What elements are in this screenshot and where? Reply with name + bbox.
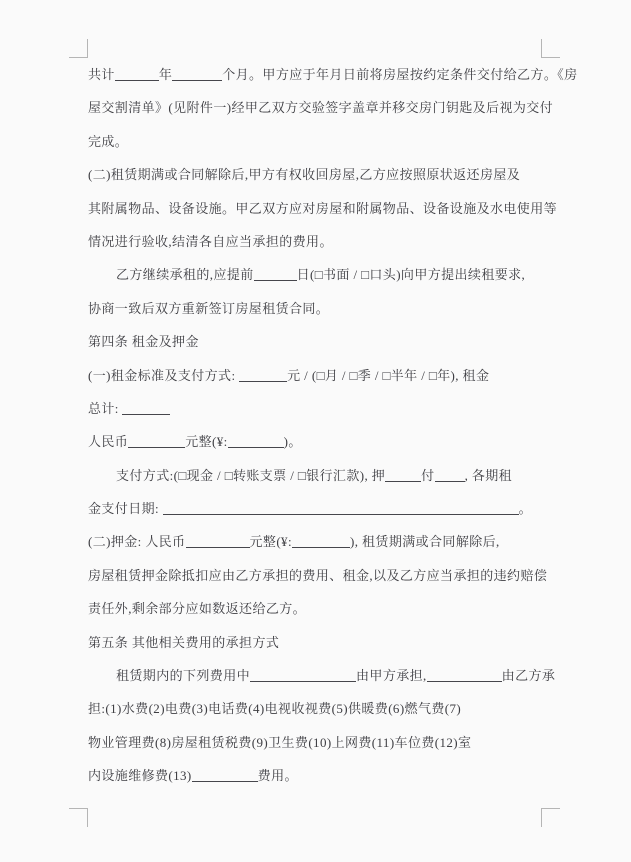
text-run: , 各期租 <box>465 468 513 483</box>
text-run: 日(□书面 / □口头)向甲方提出续租要求, <box>297 267 526 282</box>
text-run: 共计 <box>88 67 115 82</box>
fill-in-blank <box>292 533 350 548</box>
text-run: 人民币 <box>88 434 128 449</box>
text-run: 完成。 <box>88 134 128 149</box>
margin-crop-mark-top-right <box>541 39 560 58</box>
document-line: 屋交割清单》(见附件一)经甲乙双方交验签字盖章并移交房门钥匙及后视为交付 <box>88 91 554 124</box>
document-line: 担:(1)水费(2)电费(3)电话费(4)电视收视费(5)供暖费(6)燃气费(7… <box>88 692 554 725</box>
text-run: 由乙方承 <box>502 668 556 683</box>
text-run: 内设施维修费(13) <box>88 768 192 783</box>
fill-in-blank <box>239 367 287 382</box>
margin-crop-mark-bottom-left <box>69 808 88 827</box>
fill-in-blank <box>228 433 284 448</box>
margin-crop-mark-bottom-right <box>541 808 560 827</box>
fill-in-blank <box>163 500 519 515</box>
document-body: 共计年个月。甲方应于年月日前将房屋按约定条件交付给乙方。《房屋交割清单》(见附件… <box>88 58 554 793</box>
text-run: 责任外,剩余部分应如数返还给乙方。 <box>88 601 306 616</box>
document-line: 支付方式:(□现金 / □转账支票 / □银行汇款), 押付, 各期租 <box>88 459 554 492</box>
text-run: (二)押金: 人民币 <box>88 534 186 549</box>
fill-in-blank <box>122 400 170 415</box>
document-line: 其附属物品、设备设施。甲乙双方应对房屋和附属物品、设备设施及水电使用等 <box>88 192 554 225</box>
text-run: 个月。甲方应于年月日前将房屋按约定条件交付给乙方。《房 <box>222 67 577 82</box>
document-line: 房屋租赁押金除抵扣应由乙方承担的费用、租金,以及乙方应当承担的违约赔偿 <box>88 559 554 592</box>
fill-in-blank <box>435 467 465 482</box>
fill-in-blank <box>250 667 356 682</box>
document-line: 物业管理费(8)房屋租赁税费(9)卫生费(10)上网费(11)车位费(12)室 <box>88 726 554 759</box>
text-run: (一)租金标准及支付方式: <box>88 368 239 383</box>
text-run: 元整(¥: <box>185 434 227 449</box>
fill-in-blank <box>254 266 297 281</box>
document-line: 人民币元整(¥:)。 <box>88 425 554 458</box>
document-line: 完成。 <box>88 125 554 158</box>
document-line: 共计年个月。甲方应于年月日前将房屋按约定条件交付给乙方。《房 <box>88 58 554 91</box>
fill-in-blank <box>172 66 222 81</box>
text-run: 乙方继续承租的,应提前 <box>116 267 254 282</box>
fill-in-blank <box>385 467 421 482</box>
document-line: 第四条 租金及押金 <box>88 325 554 358</box>
document-line: 金支付日期: 。 <box>88 492 554 525</box>
text-run: 第四条 租金及押金 <box>88 334 199 349</box>
document-line: (二)押金: 人民币元整(¥:), 租赁期满或合同解除后, <box>88 525 554 558</box>
text-run: 协商一致后双方重新签订房屋租赁合同。 <box>88 301 329 316</box>
document-line: 乙方继续承租的,应提前日(□书面 / □口头)向甲方提出续租要求, <box>88 258 554 291</box>
text-run: )。 <box>284 434 302 449</box>
text-run: 担:(1)水费(2)电费(3)电话费(4)电视收视费(5)供暖费(6)燃气费(7… <box>88 701 461 716</box>
text-run: 情况进行验收,结清各自应当承担的费用。 <box>88 234 333 249</box>
fill-in-blank <box>128 433 185 448</box>
text-run: 元 / (□月 / □季 / □半年 / □年), 租金 <box>287 368 489 383</box>
document-line: (一)租金标准及支付方式: 元 / (□月 / □季 / □半年 / □年), … <box>88 359 554 392</box>
document-line: 协商一致后双方重新签订房屋租赁合同。 <box>88 292 554 325</box>
fill-in-blank <box>427 667 502 682</box>
document-line: 情况进行验收,结清各自应当承担的费用。 <box>88 225 554 258</box>
text-run: 其附属物品、设备设施。甲乙双方应对房屋和附属物品、设备设施及水电使用等 <box>88 201 557 216</box>
text-run: 房屋租赁押金除抵扣应由乙方承担的费用、租金,以及乙方应当承担的违约赔偿 <box>88 568 547 583</box>
text-run: 第五条 其他相关费用的承担方式 <box>88 635 279 650</box>
text-run: 物业管理费(8)房屋租赁税费(9)卫生费(10)上网费(11)车位费(12)室 <box>88 735 471 750</box>
text-run: 元整(¥: <box>250 534 292 549</box>
document-line: 第五条 其他相关费用的承担方式 <box>88 626 554 659</box>
fill-in-blank <box>115 66 159 81</box>
text-run: 付 <box>421 468 434 483</box>
document-page: 共计年个月。甲方应于年月日前将房屋按约定条件交付给乙方。《房屋交割清单》(见附件… <box>0 0 631 862</box>
document-line: 内设施维修费(13)费用。 <box>88 759 554 792</box>
text-run: 租赁期内的下列费用中 <box>116 668 250 683</box>
document-line: 租赁期内的下列费用中由甲方承担,由乙方承 <box>88 659 554 692</box>
text-run: (二)租赁期满或合同解除后,甲方有权收回房屋,乙方应按照原状返还房屋及 <box>88 167 520 182</box>
document-line: 责任外,剩余部分应如数返还给乙方。 <box>88 592 554 625</box>
text-run: 由甲方承担, <box>356 668 427 683</box>
document-line: (二)租赁期满或合同解除后,甲方有权收回房屋,乙方应按照原状返还房屋及 <box>88 158 554 191</box>
fill-in-blank <box>186 533 250 548</box>
text-run: 总计: <box>88 401 122 416</box>
text-run: 费用。 <box>258 768 298 783</box>
document-line: 总计: <box>88 392 554 425</box>
text-run: 支付方式:(□现金 / □转账支票 / □银行汇款), 押 <box>116 468 385 483</box>
text-run: 屋交割清单》(见附件一)经甲乙双方交验签字盖章并移交房门钥匙及后视为交付 <box>88 100 553 115</box>
margin-crop-mark-top-left <box>69 39 88 58</box>
text-run: ), 租赁期满或合同解除后, <box>350 534 500 549</box>
text-run: 金支付日期: <box>88 501 163 516</box>
text-run: 年 <box>159 67 172 82</box>
text-run: 。 <box>519 501 532 516</box>
fill-in-blank <box>192 767 258 782</box>
